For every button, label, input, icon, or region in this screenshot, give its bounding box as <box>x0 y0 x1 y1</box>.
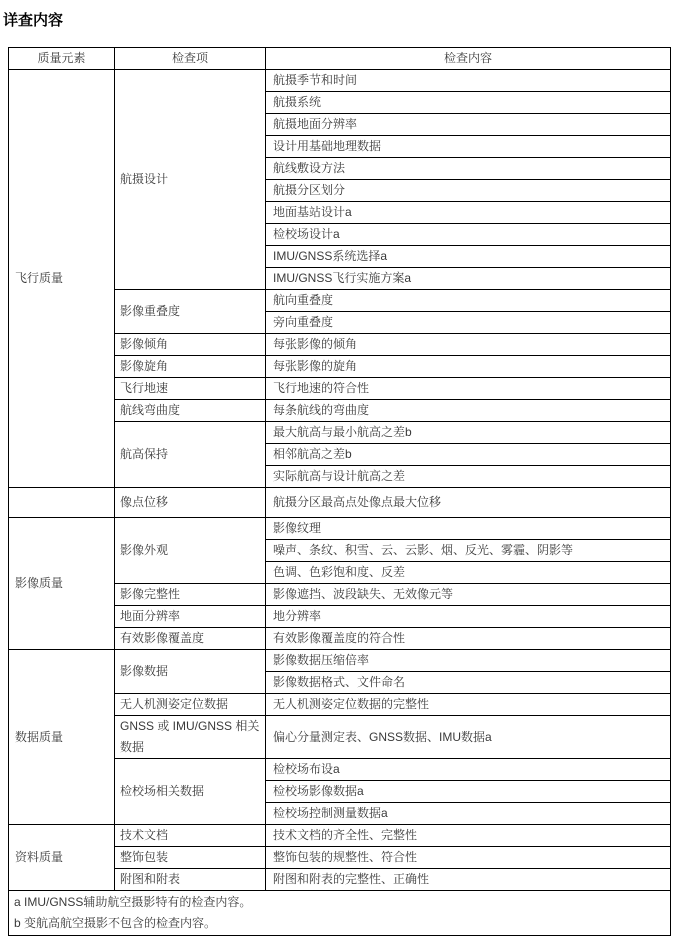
inspection-content-cell: 每张影像的旋角 <box>266 356 671 378</box>
inspection-item-cell: 影像外观 <box>115 518 266 584</box>
inspection-item-cell: 飞行地速 <box>115 378 266 400</box>
inspection-item-cell: 附图和附表 <box>115 869 266 891</box>
footnote-b: b 变航高航空摄影不包含的检查内容。 <box>14 913 666 934</box>
inspection-content-cell: 检校场控制测量数据a <box>266 803 671 825</box>
inspection-content-cell: 航摄分区最高点处像点最大位移 <box>266 488 671 518</box>
inspection-content-cell: 设计用基础地理数据 <box>266 136 671 158</box>
table-row: 数据质量影像数据影像数据压缩倍率 <box>9 650 671 672</box>
inspection-item-cell: 影像旋角 <box>115 356 266 378</box>
inspection-content-cell: 每张影像的倾角 <box>266 334 671 356</box>
quality-element-cell: 数据质量 <box>9 650 115 825</box>
inspection-item-cell: 影像重叠度 <box>115 290 266 334</box>
inspection-content-cell: 检校场布设a <box>266 759 671 781</box>
inspection-content-cell: 相邻航高之差b <box>266 444 671 466</box>
table-row: 资料质量技术文档技术文档的齐全性、完整性 <box>9 825 671 847</box>
inspection-content-cell: IMU/GNSS飞行实施方案a <box>266 268 671 290</box>
footnote-cell: a IMU/GNSS辅助航空摄影特有的检查内容。 b 变航高航空摄影不包含的检查… <box>9 891 671 936</box>
col-header-inspection-content: 检查内容 <box>266 48 671 70</box>
inspection-item-cell: 有效影像覆盖度 <box>115 628 266 650</box>
table-row: 像点位移航摄分区最高点处像点最大位移 <box>9 488 671 518</box>
header-row: 质量元素 检查项 检查内容 <box>9 48 671 70</box>
footnote-a: a IMU/GNSS辅助航空摄影特有的检查内容。 <box>14 892 666 913</box>
inspection-content-cell: 旁向重叠度 <box>266 312 671 334</box>
inspection-content-cell: 最大航高与最小航高之差b <box>266 422 671 444</box>
inspection-table-header: 质量元素 检查项 检查内容 <box>9 48 671 70</box>
inspection-content-cell: 有效影像覆盖度的符合性 <box>266 628 671 650</box>
inspection-content-cell: 航摄系统 <box>266 92 671 114</box>
inspection-item-cell: 影像倾角 <box>115 334 266 356</box>
inspection-table-footnotes: a IMU/GNSS辅助航空摄影特有的检查内容。 b 变航高航空摄影不包含的检查… <box>9 891 671 936</box>
inspection-table: 质量元素 检查项 检查内容 飞行质量航摄设计航摄季节和时间航摄系统航摄地面分辨率… <box>8 47 671 936</box>
inspection-item-cell: 航线弯曲度 <box>115 400 266 422</box>
inspection-item-cell: 航高保持 <box>115 422 266 488</box>
inspection-content-cell: 航向重叠度 <box>266 290 671 312</box>
table-row: 飞行质量航摄设计航摄季节和时间 <box>9 70 671 92</box>
inspection-item-cell: 影像数据 <box>115 650 266 694</box>
inspection-content-cell: 影像数据压缩倍率 <box>266 650 671 672</box>
inspection-item-cell: 像点位移 <box>115 488 266 518</box>
table-row: 影像质量影像外观影像纹理 <box>9 518 671 540</box>
footnote-row: a IMU/GNSS辅助航空摄影特有的检查内容。 b 变航高航空摄影不包含的检查… <box>9 891 671 936</box>
inspection-content-cell: 影像纹理 <box>266 518 671 540</box>
inspection-content-cell: 影像数据格式、文件命名 <box>266 672 671 694</box>
quality-element-cell <box>9 488 115 518</box>
inspection-item-cell: GNSS 或 IMU/GNSS 相关数据 <box>115 716 266 759</box>
inspection-item-cell: 检校场相关数据 <box>115 759 266 825</box>
quality-element-cell: 影像质量 <box>9 518 115 650</box>
inspection-content-cell: 检校场影像数据a <box>266 781 671 803</box>
inspection-content-cell: 航线敷设方法 <box>266 158 671 180</box>
page-title: 详查内容 <box>3 11 680 30</box>
inspection-item-cell: 无人机测姿定位数据 <box>115 694 266 716</box>
inspection-item-cell: 航摄设计 <box>115 70 266 290</box>
inspection-content-cell: 技术文档的齐全性、完整性 <box>266 825 671 847</box>
col-header-inspection-item: 检查项 <box>115 48 266 70</box>
inspection-content-cell: 飞行地速的符合性 <box>266 378 671 400</box>
inspection-content-cell: 检校场设计a <box>266 224 671 246</box>
inspection-content-cell: 航摄分区划分 <box>266 180 671 202</box>
inspection-content-cell: 影像遮挡、波段缺失、无效像元等 <box>266 584 671 606</box>
inspection-content-cell: 色调、色彩饱和度、反差 <box>266 562 671 584</box>
inspection-content-cell: 地面基站设计a <box>266 202 671 224</box>
quality-element-cell: 飞行质量 <box>9 70 115 488</box>
inspection-content-cell: 偏心分量测定表、GNSS数据、IMU数据a <box>266 716 671 759</box>
inspection-item-cell: 地面分辨率 <box>115 606 266 628</box>
col-header-quality-element: 质量元素 <box>9 48 115 70</box>
inspection-item-cell: 技术文档 <box>115 825 266 847</box>
inspection-item-cell: 整饰包装 <box>115 847 266 869</box>
inspection-content-cell: 附图和附表的完整性、正确性 <box>266 869 671 891</box>
inspection-content-cell: 整饰包装的规整性、符合性 <box>266 847 671 869</box>
inspection-content-cell: 无人机测姿定位数据的完整性 <box>266 694 671 716</box>
inspection-content-cell: 噪声、条纹、积雪、云、云影、烟、反光、雾霾、阴影等 <box>266 540 671 562</box>
inspection-item-cell: 影像完整性 <box>115 584 266 606</box>
inspection-content-cell: 每条航线的弯曲度 <box>266 400 671 422</box>
inspection-content-cell: 地分辨率 <box>266 606 671 628</box>
inspection-content-cell: 实际航高与设计航高之差 <box>266 466 671 488</box>
quality-element-cell: 资料质量 <box>9 825 115 891</box>
inspection-table-body: 飞行质量航摄设计航摄季节和时间航摄系统航摄地面分辨率设计用基础地理数据航线敷设方… <box>9 70 671 891</box>
inspection-content-cell: 航摄地面分辨率 <box>266 114 671 136</box>
inspection-content-cell: IMU/GNSS系统选择a <box>266 246 671 268</box>
inspection-content-cell: 航摄季节和时间 <box>266 70 671 92</box>
